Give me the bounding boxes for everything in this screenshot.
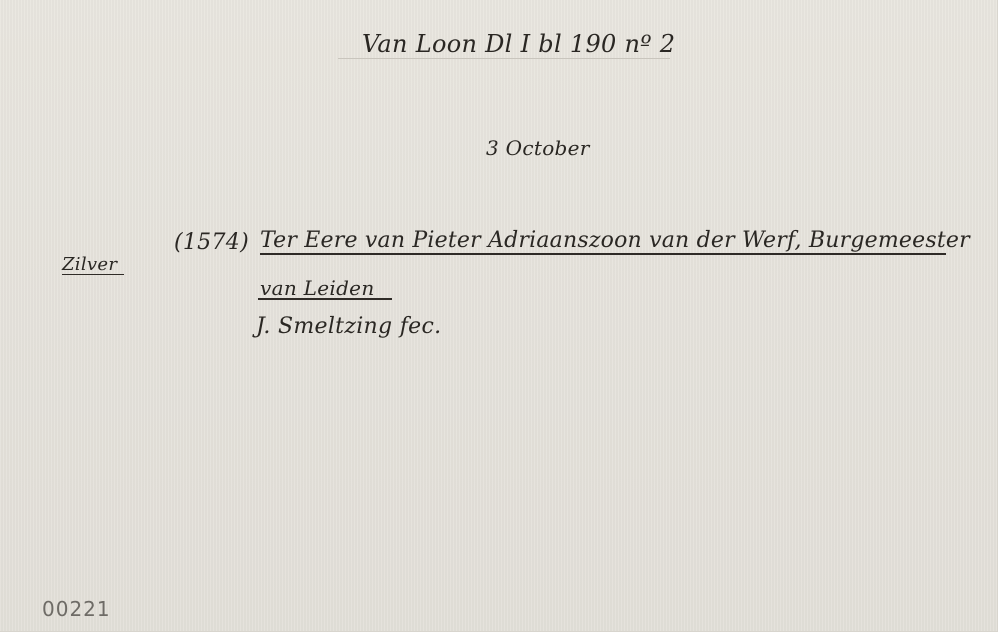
inventory-number: 00221 <box>42 597 111 621</box>
title-line-1: Ter Eere van Pieter Adriaanszoon van der… <box>260 228 970 253</box>
title-underline-1 <box>260 253 946 255</box>
maker-text: J. Smeltzing fec. <box>256 314 441 339</box>
reference-heading: Van Loon Dl I bl 190 nº 2 <box>362 30 675 58</box>
title-line-2: van Leiden <box>260 276 375 300</box>
date-text: 3 October <box>486 136 590 160</box>
title-underline-2 <box>258 298 392 300</box>
catalogue-card: Van Loon Dl I bl 190 nº 2 3 October Zilv… <box>0 0 998 632</box>
material-underline <box>62 274 124 275</box>
header-rule <box>338 58 670 59</box>
year-text: (1574) <box>174 230 249 255</box>
material-label: Zilver <box>62 254 117 275</box>
